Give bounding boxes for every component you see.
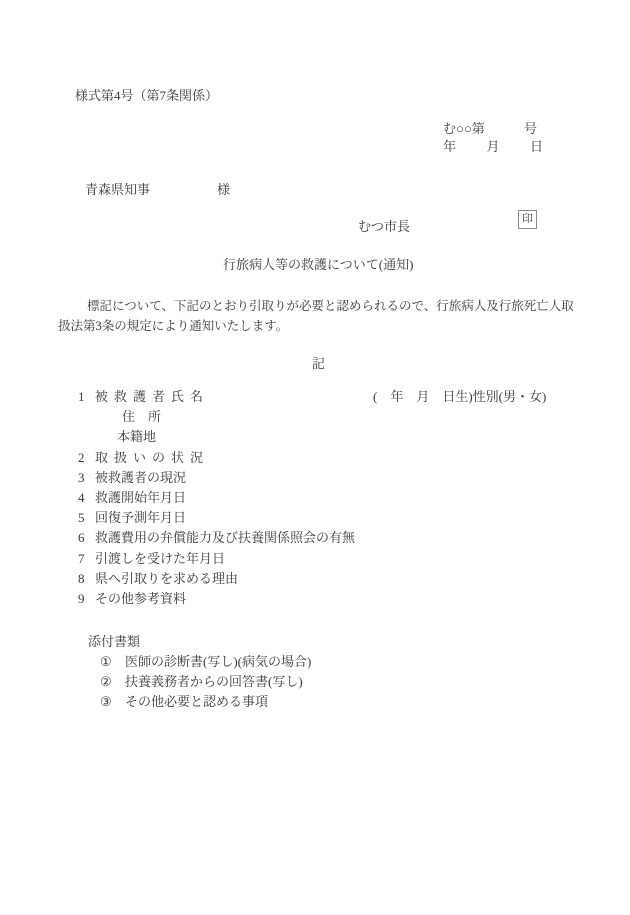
item-row-7: 7 引渡しを受けた年月日: [65, 549, 580, 569]
item-number: 8: [78, 569, 85, 589]
date-year-label: 年: [443, 136, 456, 155]
item-row-6: 6 救護費用の弁償能力及び扶養関係照会の有無: [65, 528, 580, 548]
item-row-3: 3 被救護者の現況: [65, 468, 580, 488]
item-number: 5: [78, 508, 85, 528]
date-day-label: 日: [530, 136, 543, 155]
attachments-heading: 添付書類: [88, 632, 140, 652]
item-number: 9: [78, 589, 85, 609]
item-label: 本籍地: [117, 427, 156, 447]
item-list: 1 被救護者氏名 ( 年 月 日生)性別(男・女) 住 所 本籍地 2 取扱いの…: [65, 387, 580, 609]
item-row-address: 住 所: [65, 407, 580, 427]
item-label: 県へ引取りを求める理由: [95, 569, 238, 589]
item-label: 救護費用の弁償能力及び扶養関係照会の有無: [95, 528, 355, 548]
item-row-8: 8 県へ引取りを求める理由: [65, 569, 580, 589]
attachment-item-3: ③ その他必要と認める事項: [88, 692, 140, 712]
item-number: 2: [78, 448, 85, 468]
body-paragraph-line2: 扱法第3条の規定により通知いたします。: [58, 316, 288, 334]
item-label: 回復予測年月日: [95, 508, 186, 528]
item-row-4: 4 救護開始年月日: [65, 488, 580, 508]
attachment-marker: ②: [100, 672, 112, 692]
attachments-heading-label: 添付書類: [88, 634, 140, 649]
item-birthdate-sex-label: ( 年 月 日生)性別(男・女): [373, 387, 546, 407]
attachment-text: その他必要と認める事項: [125, 692, 268, 712]
date-month-label: 月: [486, 136, 499, 155]
item-row-9: 9 その他参考資料: [65, 589, 580, 609]
document-number-suffix: 号: [524, 118, 537, 137]
document-number-prefix: む○○第: [443, 118, 485, 137]
body-paragraph-line1: 標記について、下記のとおり引取りが必要と認められるので、行旅病人及行旅死亡人取: [58, 296, 574, 314]
item-label: 引渡しを受けた年月日: [95, 549, 225, 569]
item-row-5: 5 回復予測年月日: [65, 508, 580, 528]
date-line: 年 月 日: [443, 136, 543, 155]
seal-character: 印: [522, 214, 533, 225]
addressee-name: 青森県知事: [85, 179, 150, 198]
attachment-item-2: ② 扶養義務者からの回答書(写し): [88, 672, 140, 692]
attachment-marker: ③: [100, 692, 112, 712]
attachments-section: 添付書類 ① 医師の診断書(写し)(病気の場合) ② 扶養義務者からの回答書(写…: [88, 632, 140, 712]
item-label: 住 所: [122, 407, 161, 427]
document-title: 行旅病人等の救護について(通知): [223, 254, 413, 273]
item-label: 救護開始年月日: [95, 488, 186, 508]
seal-stamp: 印: [518, 210, 537, 229]
document-number-line: む○○第 号: [443, 118, 537, 137]
item-number: 6: [78, 528, 85, 548]
item-label: 被救護者の現況: [95, 468, 186, 488]
item-number: 7: [78, 549, 85, 569]
item-row-2: 2 取扱いの状況: [65, 448, 580, 468]
item-number: 1: [78, 387, 85, 407]
item-label: 被救護者氏名: [95, 387, 209, 407]
item-row-domicile: 本籍地: [65, 427, 580, 447]
document-page: 様式第4号（第7条関係） む○○第 号 年 月 日 青森県知事 様 むつ市長 印…: [0, 0, 630, 915]
item-number: 3: [78, 468, 85, 488]
item-number: 4: [78, 488, 85, 508]
addressee-honorific: 様: [217, 179, 230, 198]
item-label: 取扱いの状況: [95, 448, 209, 468]
sender-name: むつ市長: [358, 216, 410, 235]
record-marker: 記: [312, 353, 325, 372]
item-row-1: 1 被救護者氏名 ( 年 月 日生)性別(男・女): [65, 387, 580, 407]
attachment-text: 医師の診断書(写し)(病気の場合): [125, 652, 311, 672]
form-number: 様式第4号（第7条関係）: [75, 85, 218, 104]
attachment-item-1: ① 医師の診断書(写し)(病気の場合): [88, 652, 140, 672]
item-label: その他参考資料: [95, 589, 186, 609]
attachment-marker: ①: [100, 652, 112, 672]
attachment-text: 扶養義務者からの回答書(写し): [125, 672, 303, 692]
